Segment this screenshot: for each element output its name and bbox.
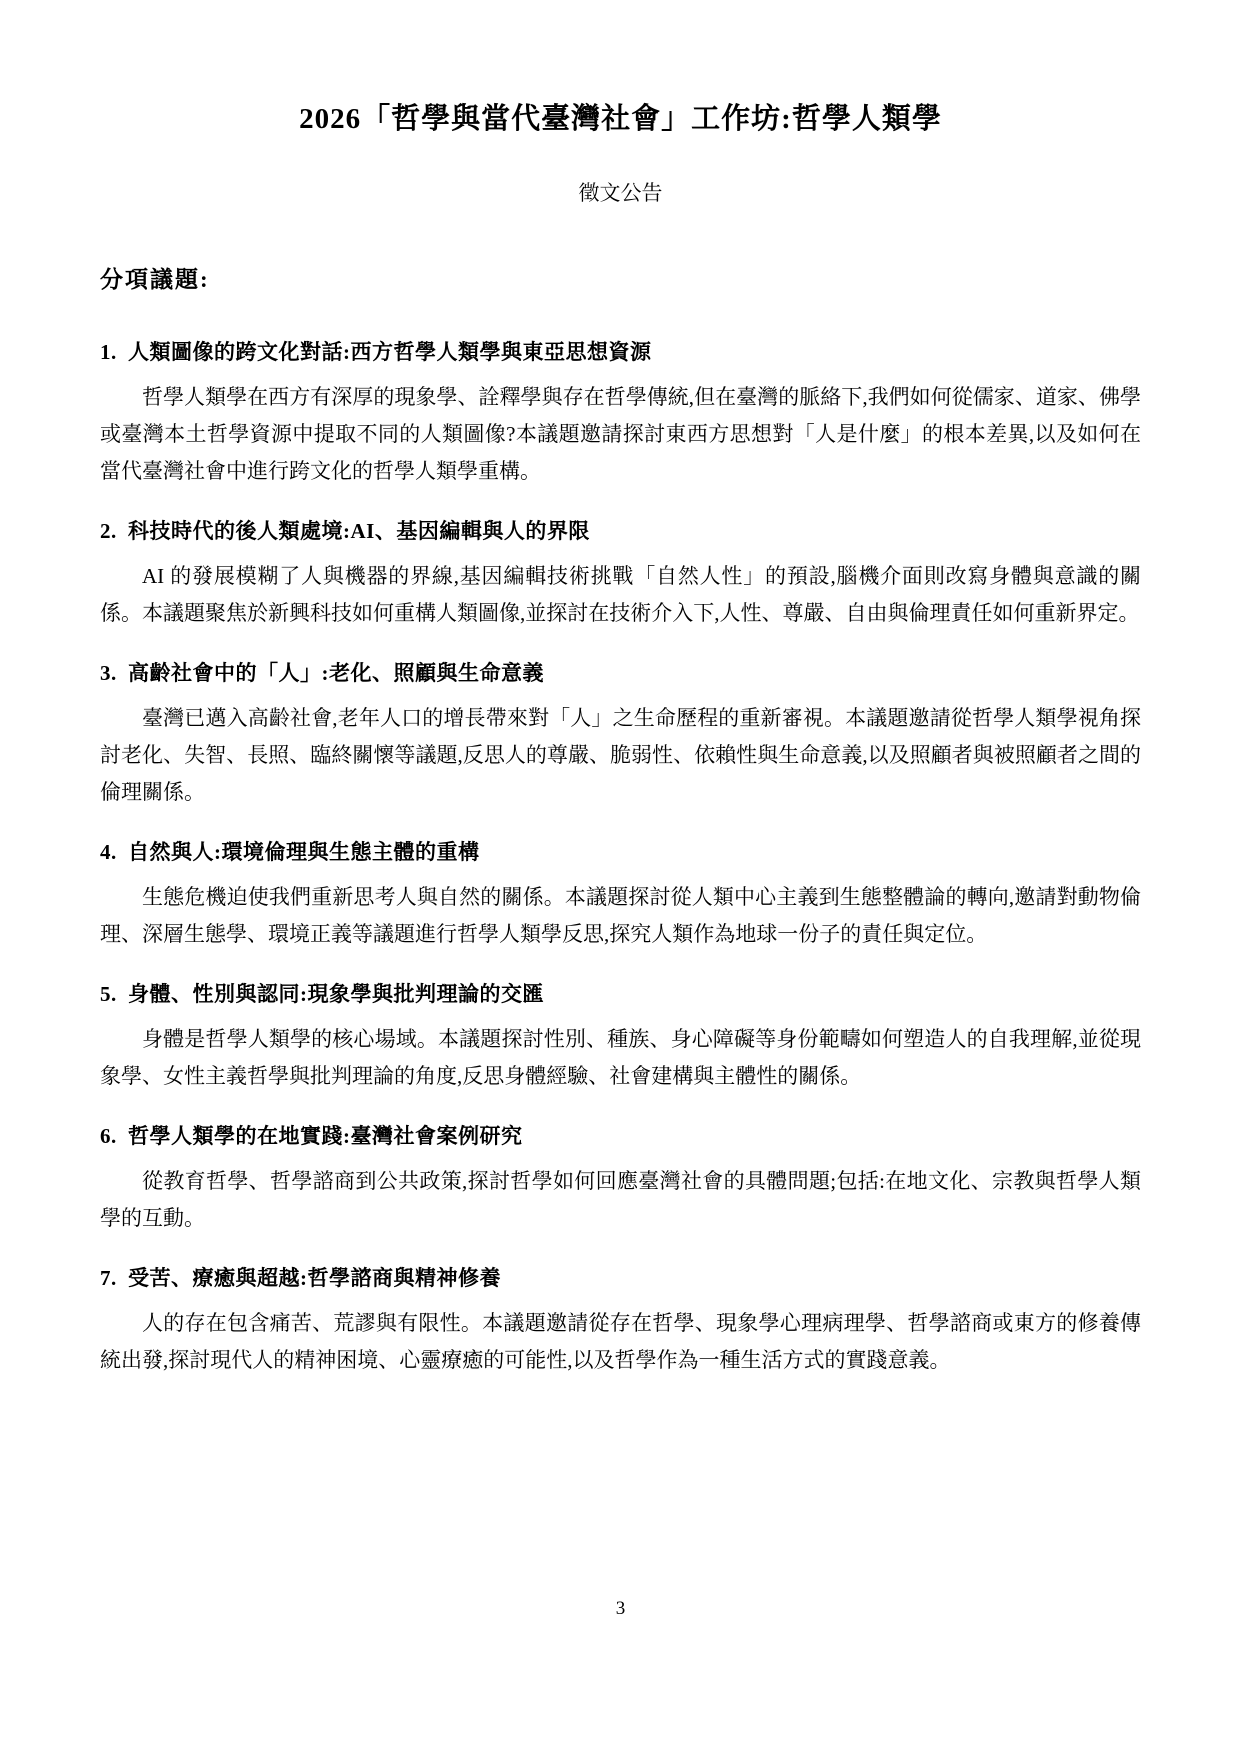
document-page: 2026「哲學與當代臺灣社會」工作坊:哲學人類學 徵文公告 分項議題: 1. 人… (0, 0, 1241, 1755)
section-2: 2. 科技時代的後人類處境:AI、基因編輯與人的界限 AI 的發展模糊了人與機器… (100, 515, 1141, 632)
section-number: 6. (100, 1124, 128, 1149)
section-5: 5. 身體、性別與認同:現象學與批判理論的交匯 身體是哲學人類學的核心場域。本議… (100, 978, 1141, 1095)
section-number: 1. (100, 340, 128, 365)
section-heading-text: 科技時代的後人類處境:AI、基因編輯與人的界限 (128, 515, 590, 545)
section-heading: 2. 科技時代的後人類處境:AI、基因編輯與人的界限 (100, 515, 1141, 545)
page-number: 3 (0, 1598, 1241, 1620)
document-subtitle: 徵文公告 (100, 177, 1141, 207)
section-number: 5. (100, 982, 128, 1007)
section-paragraph: 從教育哲學、哲學諮商到公共政策,探討哲學如何回應臺灣社會的具體問題;包括:在地文… (100, 1163, 1141, 1237)
section-paragraph: 身體是哲學人類學的核心場域。本議題探討性別、種族、身心障礙等身份範疇如何塑造人的… (100, 1021, 1141, 1095)
section-number: 4. (100, 840, 128, 865)
section-heading-text: 高齡社會中的「人」:老化、照顧與生命意義 (128, 657, 544, 687)
section-heading: 7. 受苦、療癒與超越:哲學諮商與精神修養 (100, 1262, 1141, 1292)
section-heading-text: 自然與人:環境倫理與生態主體的重構 (128, 836, 480, 866)
section-3: 3. 高齡社會中的「人」:老化、照顧與生命意義 臺灣已邁入高齡社會,老年人口的增… (100, 657, 1141, 811)
section-number: 7. (100, 1266, 128, 1291)
section-heading-text: 哲學人類學的在地實踐:臺灣社會案例研究 (128, 1120, 523, 1150)
section-heading: 4. 自然與人:環境倫理與生態主體的重構 (100, 836, 1141, 866)
section-number: 3. (100, 661, 128, 686)
section-heading: 5. 身體、性別與認同:現象學與批判理論的交匯 (100, 978, 1141, 1008)
section-heading-text: 受苦、療癒與超越:哲學諮商與精神修養 (128, 1262, 501, 1292)
section-paragraph: 哲學人類學在西方有深厚的現象學、詮釋學與存在哲學傳統,但在臺灣的脈絡下,我們如何… (100, 379, 1141, 490)
section-paragraph: 生態危機迫使我們重新思考人與自然的關係。本議題探討從人類中心主義到生態整體論的轉… (100, 879, 1141, 953)
section-6: 6. 哲學人類學的在地實踐:臺灣社會案例研究 從教育哲學、哲學諮商到公共政策,探… (100, 1120, 1141, 1237)
section-7: 7. 受苦、療癒與超越:哲學諮商與精神修養 人的存在包含痛苦、荒謬與有限性。本議… (100, 1262, 1141, 1379)
section-1: 1. 人類圖像的跨文化對話:西方哲學人類學與東亞思想資源 哲學人類學在西方有深厚… (100, 336, 1141, 490)
document-title: 2026「哲學與當代臺灣社會」工作坊:哲學人類學 (100, 96, 1141, 137)
section-number: 2. (100, 519, 128, 544)
section-4: 4. 自然與人:環境倫理與生態主體的重構 生態危機迫使我們重新思考人與自然的關係… (100, 836, 1141, 953)
section-heading-text: 身體、性別與認同:現象學與批判理論的交匯 (128, 978, 544, 1008)
section-paragraph: AI 的發展模糊了人與機器的界線,基因編輯技術挑戰「自然人性」的預設,腦機介面則… (100, 558, 1141, 632)
section-heading: 6. 哲學人類學的在地實踐:臺灣社會案例研究 (100, 1120, 1141, 1150)
section-label: 分項議題: (100, 261, 1141, 294)
section-paragraph: 臺灣已邁入高齡社會,老年人口的增長帶來對「人」之生命歷程的重新審視。本議題邀請從… (100, 700, 1141, 811)
section-heading-text: 人類圖像的跨文化對話:西方哲學人類學與東亞思想資源 (128, 336, 652, 366)
section-paragraph: 人的存在包含痛苦、荒謬與有限性。本議題邀請從存在哲學、現象學心理病理學、哲學諮商… (100, 1305, 1141, 1379)
section-heading: 3. 高齡社會中的「人」:老化、照顧與生命意義 (100, 657, 1141, 687)
section-heading: 1. 人類圖像的跨文化對話:西方哲學人類學與東亞思想資源 (100, 336, 1141, 366)
